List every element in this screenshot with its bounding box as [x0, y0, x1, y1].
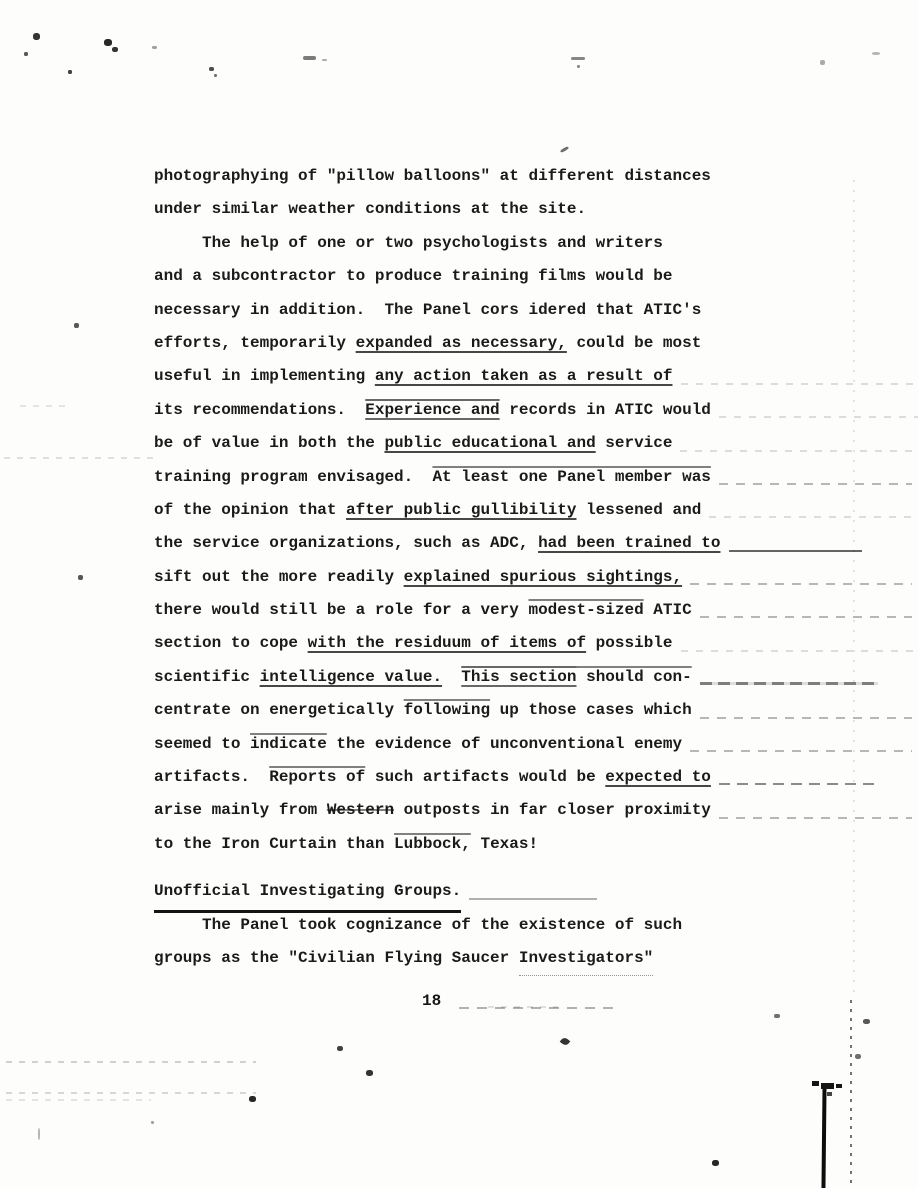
text-segment: efforts, temporarily: [154, 327, 356, 360]
text-segment: should con-: [576, 661, 691, 694]
text-segment: Western: [327, 794, 394, 827]
text-line: The help of one or two psychologists and…: [154, 227, 918, 260]
ink-speck: [872, 52, 880, 55]
text-segment: explained spurious sightings,: [404, 561, 682, 594]
vertical-line-artifact: [821, 1083, 834, 1089]
text-segment: At least one Panel member was: [432, 461, 710, 494]
text-line: there would still be a role for a very m…: [154, 594, 918, 627]
text-line: sift out the more readily explained spur…: [154, 561, 918, 594]
text-segment: following: [404, 694, 490, 727]
text-line: be of value in both the public education…: [154, 427, 918, 460]
scan-line-artifact: [469, 898, 597, 900]
ink-speck: [104, 39, 112, 46]
ink-speck: [68, 70, 72, 74]
scan-line-artifact: [6, 1092, 256, 1094]
scan-line-artifact: [709, 516, 918, 518]
scan-line-artifact: [6, 1099, 151, 1101]
text-segment: any action taken as a result of: [375, 360, 673, 393]
scan-line-artifact: [4, 457, 154, 459]
text-segment: arise mainly from: [154, 794, 327, 827]
scan-line-artifact: [681, 650, 918, 652]
text-line: and a subcontractor to produce training …: [154, 260, 918, 293]
text-segment: with the residuum of items of: [308, 627, 586, 660]
text-body: photographying of "pillow balloons" at d…: [154, 160, 918, 975]
text-line: scientific intelligence value. This sect…: [154, 661, 918, 694]
ink-speck: [560, 146, 569, 153]
scan-line-artifact: [681, 383, 918, 385]
text-line: centrate on energetically following up t…: [154, 694, 918, 727]
text-segment: under similar weather conditions at the …: [154, 193, 586, 226]
vertical-line-artifact: [812, 1081, 819, 1086]
ink-speck: [820, 60, 825, 65]
ink-speck: [366, 1070, 373, 1076]
text-segment: records in ATIC would: [500, 394, 711, 427]
text-segment: expected to: [605, 761, 711, 794]
text-line: photographying of "pillow balloons" at d…: [154, 160, 918, 193]
text-segment: had been trained to: [538, 527, 720, 560]
text-segment: to the Iron Curtain than: [154, 828, 394, 861]
text-segment: expanded as necessary,: [356, 327, 567, 360]
ink-speck: [322, 59, 327, 61]
text-line: to the Iron Curtain than Lubbock, Texas!: [154, 828, 918, 861]
scan-line-artifact: [20, 405, 65, 407]
ink-speck: [560, 1036, 571, 1047]
scan-line-artifact: [6, 1061, 256, 1063]
text-segment: there would still be a role for a very: [154, 594, 528, 627]
text-line: groups as the "Civilian Flying Saucer In…: [154, 942, 918, 975]
text-segment: modest-sized: [528, 594, 643, 627]
vertical-line-artifact: [836, 1084, 842, 1088]
scan-line-artifact: [690, 583, 912, 585]
text-segment: The help of one or two psychologists and…: [154, 227, 663, 260]
text-line: useful in implementing any action taken …: [154, 360, 918, 393]
text-segment: necessary in addition. The Panel cors id…: [154, 294, 701, 327]
text-segment: service: [596, 427, 673, 460]
text-segment: Texas!: [471, 828, 538, 861]
vertical-line-artifact: [827, 1092, 832, 1096]
ink-speck: [33, 33, 40, 40]
text-segment: the evidence of unconventional enemy: [327, 728, 682, 761]
scan-line-artifact: [719, 783, 880, 785]
text-segment: artifacts.: [154, 761, 269, 794]
ink-speck: [863, 1019, 870, 1024]
ink-speck: [249, 1096, 256, 1102]
text-segment: intelligence value.: [260, 661, 442, 694]
text-line: training program envisaged. At least one…: [154, 461, 918, 494]
page-number: 18: [422, 985, 441, 1018]
text-line: arise mainly from Western outposts in fa…: [154, 794, 918, 827]
dotted-line-artifact: [850, 1000, 852, 1188]
text-segment: outposts in far closer proximity: [394, 794, 711, 827]
text-line: The Panel took cognizance of the existen…: [154, 909, 918, 942]
ink-speck: [78, 575, 83, 580]
text-line: under similar weather conditions at the …: [154, 193, 918, 226]
text-segment: photographying of "pillow balloons" at d…: [154, 160, 711, 193]
text-line: necessary in addition. The Panel cors id…: [154, 294, 918, 327]
ink-speck: [209, 67, 214, 71]
text-segment: sift out the more readily: [154, 561, 404, 594]
text-line: seemed to indicate the evidence of uncon…: [154, 728, 918, 761]
scan-line-artifact: [690, 750, 912, 752]
text-segment: Experience and: [365, 394, 499, 427]
scan-line-artifact: [700, 616, 912, 618]
text-segment: lessened and: [576, 494, 701, 527]
scan-line-artifact: [680, 450, 918, 452]
text-segment: the service organizations, such as ADC,: [154, 527, 538, 560]
text-segment: This section: [461, 661, 576, 694]
text-segment: after public gullibility: [346, 494, 576, 527]
text-segment: such artifacts would be: [365, 761, 605, 794]
scan-line-artifact: [719, 817, 912, 819]
text-segment: be of value in both the: [154, 427, 384, 460]
page-footer: 18: [154, 985, 918, 1018]
text-segment: centrate on energetically: [154, 694, 404, 727]
ink-speck: [214, 74, 217, 77]
ink-speck: [577, 65, 580, 68]
ink-speck: [24, 52, 28, 56]
text-line: efforts, temporarily expanded as necessa…: [154, 327, 918, 360]
text-line: section to cope with the residuum of ite…: [154, 627, 918, 660]
text-segment: its recommendations.: [154, 394, 365, 427]
text-segment: section to cope: [154, 627, 308, 660]
text-segment: training program envisaged.: [154, 461, 432, 494]
text-segment: public educational and: [384, 427, 595, 460]
text-line: of the opinion that after public gullibi…: [154, 494, 918, 527]
ink-speck: [712, 1160, 719, 1166]
text-line: its recommendations. Experience and reco…: [154, 394, 918, 427]
ink-speck: [774, 1014, 780, 1018]
text-segment: ATIC: [644, 594, 692, 627]
text-segment: The Panel took cognizance of the existen…: [154, 909, 682, 942]
text-line: artifacts. Reports of such artifacts wou…: [154, 761, 918, 794]
text-segment: indicate: [250, 728, 327, 761]
scan-line-artifact: [700, 717, 912, 719]
ink-speck: [38, 1128, 40, 1140]
section-heading: Unofficial Investigating Groups.: [154, 875, 918, 908]
ink-speck: [74, 323, 79, 328]
text-segment: Lubbock,: [394, 828, 471, 861]
scan-line-artifact: [719, 483, 912, 485]
text-segment: scientific: [154, 661, 260, 694]
text-segment: Investigators": [519, 942, 653, 976]
text-segment: of the opinion that: [154, 494, 346, 527]
ink-speck: [571, 57, 585, 60]
text-segment: and a subcontractor to produce training …: [154, 260, 672, 293]
text-line: the service organizations, such as ADC, …: [154, 527, 918, 560]
dotted-line-artifact: [853, 180, 855, 1000]
ink-speck: [337, 1046, 343, 1051]
scan-line-artifact: [729, 550, 863, 552]
text-segment: groups as the "Civilian Flying Saucer: [154, 942, 519, 975]
scan-line-artifact: [700, 682, 878, 685]
text-segment: possible: [586, 627, 672, 660]
text-segment: could be most: [567, 327, 701, 360]
ink-speck: [151, 1121, 154, 1124]
scan-line-artifact: [488, 1006, 558, 1008]
ink-speck: [855, 1054, 861, 1059]
scan-line-artifact: [719, 416, 918, 418]
vertical-line-artifact: [821, 1086, 826, 1188]
text-segment: useful in implementing: [154, 360, 375, 393]
text-segment: seemed to: [154, 728, 250, 761]
ink-speck: [303, 56, 316, 60]
text-segment: Unofficial Investigating Groups.: [154, 875, 461, 912]
document-page: photographying of "pillow balloons" at d…: [0, 0, 918, 1188]
ink-speck: [152, 46, 157, 49]
text-segment: [442, 661, 461, 694]
text-segment: up those cases which: [490, 694, 692, 727]
ink-speck: [112, 47, 118, 52]
text-segment: Reports of: [269, 761, 365, 794]
